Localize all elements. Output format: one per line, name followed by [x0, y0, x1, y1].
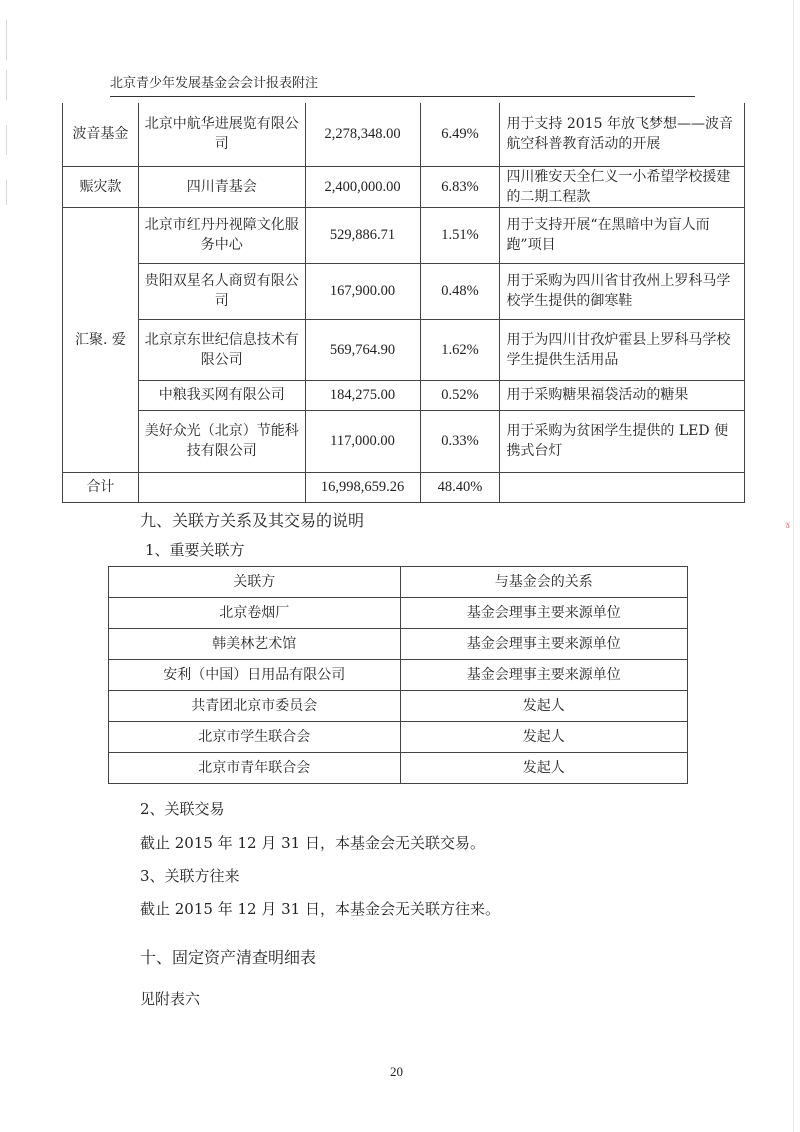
- percent-cell: 0.48%: [420, 263, 500, 319]
- table-row: 安利（中国）日用品有限公司 基金会理事主要来源单位: [109, 660, 688, 691]
- table-header-row: 关联方 与基金会的关系: [109, 567, 688, 598]
- table-row: 贵阳双星名人商贸有限公司 167,900.00 0.48% 用于采购为四川省甘孜…: [63, 263, 745, 319]
- percent-cell: 0.52%: [420, 380, 500, 410]
- amount-cell: 529,886.71: [305, 207, 420, 263]
- related-party-table: 关联方 与基金会的关系 北京卷烟厂 基金会理事主要来源单位 韩美林艺术馆 基金会…: [108, 566, 688, 784]
- relation-cell: 基金会理事主要来源单位: [400, 660, 688, 691]
- party-cell: 韩美林艺术馆: [109, 629, 401, 660]
- column-header: 关联方: [109, 567, 401, 598]
- scan-artifact: [793, 0, 794, 1132]
- table-row: 汇聚. 爱 北京市红丹丹视障文化服务中心 529,886.71 1.51% 用于…: [63, 207, 745, 263]
- table-row: 韩美林艺术馆 基金会理事主要来源单位: [109, 629, 688, 660]
- section-10-text: 见附表六: [140, 988, 200, 1009]
- recipient-cell: 北京京东世纪信息技术有限公司: [138, 319, 305, 380]
- purpose-cell: 四川雅安天全仁义一小希望学校援建的二期工程款: [500, 166, 745, 207]
- table-row: 北京市青年联合会 发起人: [109, 753, 688, 784]
- percent-cell: 0.33%: [420, 410, 500, 472]
- amount-cell: 569,764.90: [305, 319, 420, 380]
- scan-artifact: [6, 20, 7, 60]
- table-row: 北京卷烟厂 基金会理事主要来源单位: [109, 598, 688, 629]
- amount-cell: 2,278,348.00: [305, 103, 420, 166]
- section-9-heading: 九、关联方关系及其交易的说明: [140, 508, 364, 531]
- recipient-cell: 北京中航华进展览有限公司: [138, 103, 305, 166]
- amount-cell: 117,000.00: [305, 410, 420, 472]
- purpose-cell: 用于支持 2015 年放飞梦想——波音航空科普教育活动的开展: [500, 103, 745, 166]
- amount-cell: 184,275.00: [305, 380, 420, 410]
- purpose-cell: 用于采购为四川省甘孜州上罗科马学校学生提供的御寒鞋: [500, 263, 745, 319]
- party-cell: 北京市青年联合会: [109, 753, 401, 784]
- purpose-cell: 用于为四川甘孜炉霍县上罗科马学校学生提供生活用品: [500, 319, 745, 380]
- total-recipient-cell: [138, 472, 305, 502]
- relation-cell: 发起人: [400, 722, 688, 753]
- party-cell: 北京卷烟厂: [109, 598, 401, 629]
- subsection-2-text: 截止 2015 年 12 月 31 日，本基金会无关联交易。: [140, 832, 485, 853]
- relation-cell: 基金会理事主要来源单位: [400, 598, 688, 629]
- purpose-cell: 用于采购为贫困学生提供的 LED 便携式台灯: [500, 410, 745, 472]
- party-cell: 安利（中国）日用品有限公司: [109, 660, 401, 691]
- recipient-cell: 美好众光（北京）节能科技有限公司: [138, 410, 305, 472]
- percent-cell: 1.51%: [420, 207, 500, 263]
- page-number: 20: [390, 1064, 403, 1080]
- recipient-cell: 北京市红丹丹视障文化服务中心: [138, 207, 305, 263]
- category-cell: 汇聚. 爱: [63, 207, 139, 472]
- table-row: 波音基金 北京中航华进展览有限公司 2,278,348.00 6.49% 用于支…: [63, 103, 745, 166]
- donation-table: 波音基金 北京中航华进展览有限公司 2,278,348.00 6.49% 用于支…: [62, 103, 745, 503]
- table-row: 北京京东世纪信息技术有限公司 569,764.90 1.62% 用于为四川甘孜炉…: [63, 319, 745, 380]
- subsection-1-heading: 1、重要关联方: [145, 539, 245, 560]
- scan-artifact: [6, 180, 7, 205]
- amount-cell: 167,900.00: [305, 263, 420, 319]
- total-percent: 48.40%: [420, 472, 500, 502]
- scan-artifact: [6, 70, 7, 100]
- table-row: 中粮我买网有限公司 184,275.00 0.52% 用于采购糖果福袋活动的糖果: [63, 380, 745, 410]
- category-cell: 波音基金: [63, 103, 139, 166]
- recipient-cell: 中粮我买网有限公司: [138, 380, 305, 410]
- percent-cell: 6.83%: [420, 166, 500, 207]
- subsection-3-text: 截止 2015 年 12 月 31 日，本基金会无关联方往来。: [140, 898, 500, 919]
- total-label: 合计: [63, 472, 139, 502]
- purpose-cell: 用于采购糖果福袋活动的糖果: [500, 380, 745, 410]
- page-header: 北京青少年发展基金会会计报表附注: [110, 72, 695, 97]
- party-cell: 共青团北京市委员会: [109, 691, 401, 722]
- relation-cell: 发起人: [400, 691, 688, 722]
- total-row: 合计 16,998,659.26 48.40%: [63, 472, 745, 502]
- total-purpose-cell: [500, 472, 745, 502]
- scan-artifact: [6, 125, 7, 155]
- total-amount: 16,998,659.26: [305, 472, 420, 502]
- table-row: 美好众光（北京）节能科技有限公司 117,000.00 0.33% 用于采购为贫…: [63, 410, 745, 472]
- purpose-cell: 用于支持开展“在黑暗中为盲人而跑”项目: [500, 207, 745, 263]
- percent-cell: 6.49%: [420, 103, 500, 166]
- percent-cell: 1.62%: [420, 319, 500, 380]
- table-row: 共青团北京市委员会 发起人: [109, 691, 688, 722]
- relation-cell: 基金会理事主要来源单位: [400, 629, 688, 660]
- scan-red-mark: ɤ: [785, 520, 791, 531]
- subsection-2-heading: 2、关联交易: [140, 798, 225, 819]
- table-row: 赈灾款 四川青基会 2,400,000.00 6.83% 四川雅安天全仁义一小希…: [63, 166, 745, 207]
- category-cell: 赈灾款: [63, 166, 139, 207]
- recipient-cell: 四川青基会: [138, 166, 305, 207]
- relation-cell: 发起人: [400, 753, 688, 784]
- recipient-cell: 贵阳双星名人商贸有限公司: [138, 263, 305, 319]
- amount-cell: 2,400,000.00: [305, 166, 420, 207]
- party-cell: 北京市学生联合会: [109, 722, 401, 753]
- column-header: 与基金会的关系: [400, 567, 688, 598]
- table-row: 北京市学生联合会 发起人: [109, 722, 688, 753]
- section-10-heading: 十、固定资产清查明细表: [140, 945, 316, 968]
- subsection-3-heading: 3、关联方往来: [140, 865, 240, 886]
